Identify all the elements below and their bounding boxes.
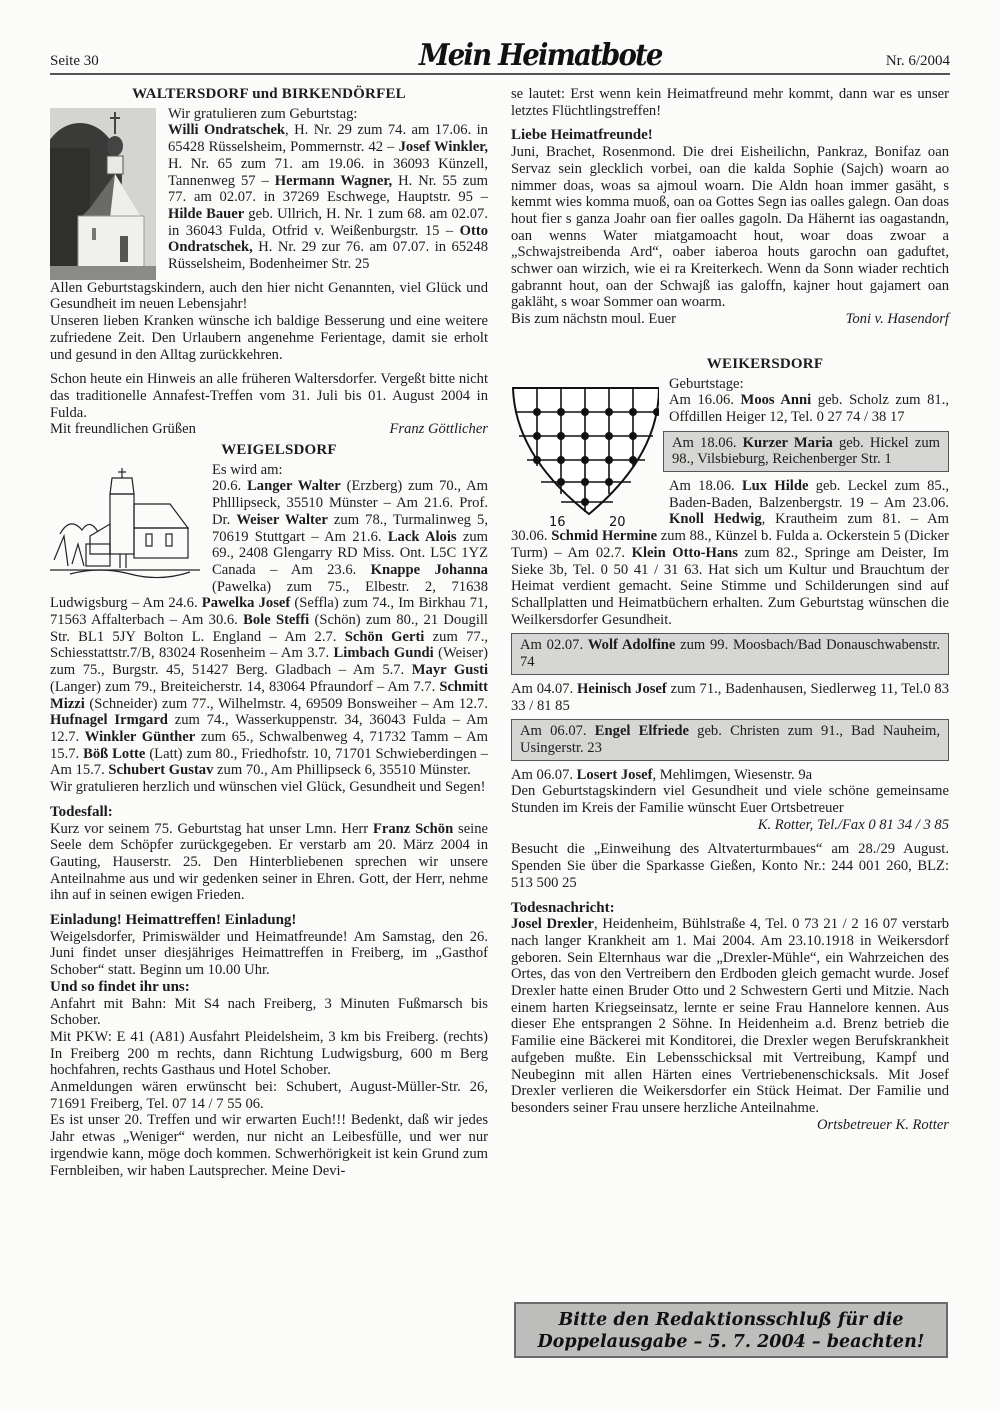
death-notice-title: Todesnachricht: — [511, 900, 949, 917]
banner-line-2: Doppelausgabe – 5. 7. 2004 – beachten! — [516, 1331, 946, 1353]
section-waltersdorf: WALTERSDORF und BIRKENDÖRFEL Wir gratuli… — [50, 86, 488, 438]
death-notice-text: Josel Drexler, Heidenheim, Bühlstraße 4,… — [511, 916, 949, 1116]
signature: Franz Göttlicher — [389, 421, 488, 438]
continued-text: se lautet: Erst wenn kein Heimatfreund m… — [511, 86, 949, 119]
dialect-signature: Toni v. Hasendorf — [846, 311, 949, 328]
church-photo — [50, 108, 156, 280]
directions-train: Anfahrt mit Bahn: Mit S4 nach Freiberg, … — [50, 996, 488, 1029]
coat-of-arms: 16 20 — [511, 376, 659, 528]
invitation-title: Einladung! Heimattreffen! Einladung! — [50, 912, 488, 929]
page-number: Seite 30 — [50, 53, 99, 70]
section-title-waltersdorf: WALTERSDORF und BIRKENDÖRFEL — [50, 86, 488, 103]
registration-info: Anmeldungen wären erwünscht bei: Schuber… — [50, 1079, 488, 1112]
death-notice-signature: Ortsbetreuer K. Rotter — [511, 1117, 949, 1134]
church-photo-icon — [50, 108, 156, 280]
church-drawing — [50, 464, 200, 582]
highlighted-birthday-box: Am 18.06. Kurzer Maria geb. Hickel zum 9… — [663, 431, 949, 472]
svg-text:20: 20 — [609, 515, 626, 528]
deadline-banner: Bitte den Redaktionsschluß für die Doppe… — [514, 1302, 948, 1358]
death-notice-text: Kurz vor seinem 75. Geburtstag hat unser… — [50, 821, 488, 905]
meeting-closing: Es ist unser 20. Treffen und wir erwarte… — [50, 1112, 488, 1179]
left-column: WALTERSDORF und BIRKENDÖRFEL Wir gratuli… — [50, 86, 488, 1179]
wishes-signature: K. Rotter, Tel./Fax 0 81 34 / 3 85 — [511, 817, 949, 834]
weikersdorf-wishes: Den Geburtstagskindern viel Gesundheit u… — [511, 783, 949, 816]
section-weikersdorf: WEIKERSDORF 16 — [511, 356, 949, 1134]
tower-notice: Besucht die „Einweihung des Altvaterturm… — [511, 841, 949, 891]
masthead-logo: Mein Heimatbote — [419, 38, 662, 73]
birthday-entry: Am 06.07. Losert Josef, Mehlimgen, Wiese… — [511, 767, 949, 784]
dialect-text: Juni, Brachet, Rosenmond. Die drei Eishe… — [511, 144, 949, 311]
section-title-weigelsdorf: WEIGELSDORF — [50, 442, 488, 459]
header-rule — [50, 73, 950, 75]
closing-text: Mit freundlichen Grüßen — [50, 421, 196, 438]
birthday-entry: Am 04.07. Heinisch Josef zum 71., Badenh… — [511, 681, 949, 714]
dialect-signature-row: Bis zum nächstn moul. Euer Toni v. Hasen… — [511, 311, 949, 328]
section-weigelsdorf: WEIGELSDORF Es wird am: 20.6. Langer Wal… — [50, 442, 488, 1179]
highlighted-birthday-box: Am 06.07. Engel Elfriede geb. Christen z… — [511, 719, 949, 760]
paragraph-annafest: Schon heute ein Hinweis an alle früheren… — [50, 371, 488, 421]
paragraph-wishes: Allen Geburtstagskindern, auch den hier … — [50, 280, 488, 313]
issue-number: Nr. 6/2004 — [886, 53, 950, 70]
invitation-text: Weigelsdorfer, Primiswälder und Heimatfr… — [50, 929, 488, 979]
death-notice-title: Todesfall: — [50, 804, 488, 821]
svg-text:16: 16 — [549, 515, 566, 528]
paragraph-sick: Unseren lieben Kranken wünsche ich baldi… — [50, 313, 488, 363]
dialect-closing: Bis zum nächstn moul. Euer — [511, 311, 676, 328]
signature-row: Mit freundlichen Grüßen Franz Göttlicher — [50, 421, 488, 438]
right-column: se lautet: Erst wenn kein Heimatfreund m… — [511, 86, 949, 1133]
church-drawing-icon — [50, 464, 200, 582]
banner-line-1: Bitte den Redaktionsschluß für die — [516, 1309, 946, 1331]
weigelsdorf-wishes: Wir gratulieren herzlich und wünschen vi… — [50, 779, 488, 796]
dialect-title: Liebe Heimatfreunde! — [511, 127, 949, 144]
directions-title: Und so findet ihr uns: — [50, 979, 488, 996]
directions-car: Mit PKW: E 41 (A81) Ausfahrt Pleidelshei… — [50, 1029, 488, 1079]
section-title-weikersdorf: WEIKERSDORF — [511, 356, 949, 373]
highlighted-birthday-box: Am 02.07. Wolf Adolfine zum 99. Moosbach… — [511, 633, 949, 674]
coat-of-arms-icon: 16 20 — [511, 376, 659, 528]
page-header: Seite 30 Mein Heimatbote Nr. 6/2004 — [50, 44, 950, 74]
